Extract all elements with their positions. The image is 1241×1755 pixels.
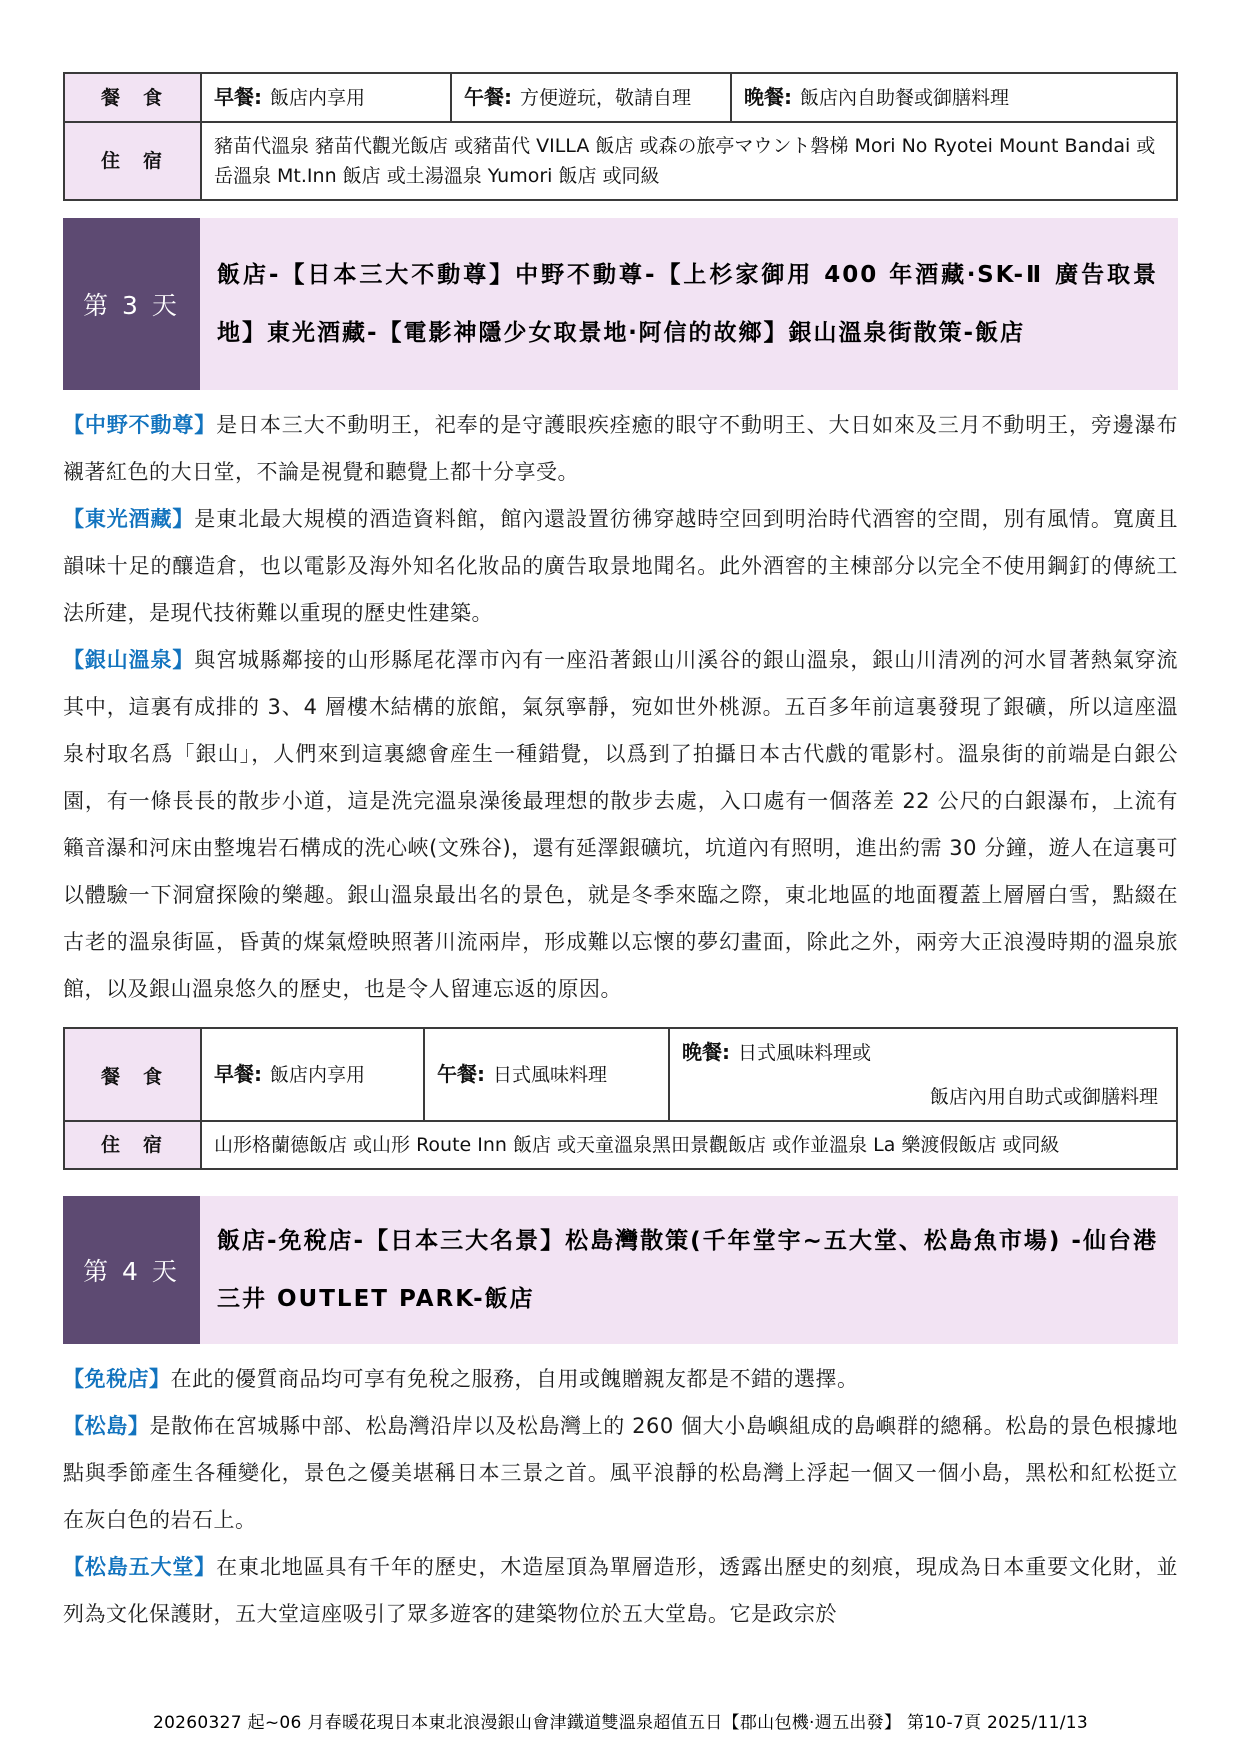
page-footer: 20260327 起~06 月春暖花現日本東北浪漫銀山會津鐵道雙溫泉超值五日【郡… xyxy=(0,1708,1241,1733)
day3-title: 飯店-【日本三大不動尊】中野不動尊-【上杉家御用 400 年酒藏‧SK-Ⅱ 廣告… xyxy=(217,246,1158,362)
day3-descriptions: 【中野不動尊】是日本三大不動明王，祀奉的是守護眼疾痊癒的眼守不動明王、大日如來及… xyxy=(63,402,1178,1013)
paragraph-ginzan-onsen: 【銀山溫泉】與宮城縣鄰接的山形縣尾花澤市內有一座沿著銀山川溪谷的銀山溫泉，銀山川… xyxy=(63,637,1178,1013)
lunch-label: 午餐: xyxy=(464,85,512,109)
dinner-value-line1: 日式風味料理或 xyxy=(738,1042,871,1064)
paragraph-text: 在此的優質商品均可享有免稅之服務，自用或餽贈親友都是不錯的選擇。 xyxy=(171,1367,859,1391)
breakfast-label: 早餐: xyxy=(214,85,262,109)
meals-header-cell: 餐 食 xyxy=(64,73,201,122)
day4-descriptions: 【免稅店】在此的優質商品均可享有免稅之服務，自用或餽贈親友都是不錯的選擇。 【松… xyxy=(63,1356,1178,1638)
table-row: 餐 食 早餐:飯店内享用 午餐:日式風味料理 晚餐:日式風味料理或 飯店內用自助… xyxy=(64,1028,1177,1121)
term-ginzan-onsen: 【銀山溫泉】 xyxy=(63,648,194,672)
day3-meals-lodging-table: 餐 食 早餐:飯店内享用 午餐:日式風味料理 晚餐:日式風味料理或 飯店內用自助… xyxy=(63,1027,1178,1170)
table-row: 餐 食 早餐:飯店内享用 午餐:方便遊玩，敬請自理 晚餐:飯店內自助餐或御膳料理 xyxy=(64,73,1177,122)
term-duty-free-shop: 【免稅店】 xyxy=(63,1367,171,1391)
day4-title-cell: 飯店-免稅店-【日本三大名景】松島灣散策(千年堂宇~五大堂、松島魚市場) -仙台… xyxy=(200,1196,1178,1344)
day2-meals-lodging-table: 餐 食 早餐:飯店内享用 午餐:方便遊玩，敬請自理 晚餐:飯店內自助餐或御膳料理… xyxy=(63,72,1178,201)
breakfast-cell: 早餐:飯店内享用 xyxy=(201,1028,424,1121)
lunch-cell: 午餐:日式風味料理 xyxy=(424,1028,669,1121)
dinner-line1: 晚餐:日式風味料理或 xyxy=(682,1037,1164,1068)
paragraph-duty-free-shop: 【免稅店】在此的優質商品均可享有免稅之服務，自用或餽贈親友都是不錯的選擇。 xyxy=(63,1356,1178,1403)
lodging-value: 豬苗代溫泉 豬苗代觀光飯店 或豬苗代 VILLA 飯店 或森の旅亭マウント磐梯 … xyxy=(201,122,1177,200)
term-matsushima: 【松島】 xyxy=(63,1414,149,1438)
paragraph-text: 是東北最大規模的酒造資料館，館內還設置彷彿穿越時空回到明治時代酒窖的空間，別有風… xyxy=(63,507,1178,625)
meals-header-cell: 餐 食 xyxy=(64,1028,201,1121)
lodging-value: 山形格蘭德飯店 或山形 Route Inn 飯店 或天童溫泉黑田景觀飯店 或作並… xyxy=(201,1121,1177,1169)
term-godaido: 【松島五大堂】 xyxy=(63,1555,216,1579)
paragraph-text: 是散佈在宮城縣中部、松島灣沿岸以及松島灣上的 260 個大小島嶼組成的島嶼群的總… xyxy=(63,1414,1178,1532)
lunch-label: 午餐: xyxy=(437,1062,485,1086)
breakfast-value: 飯店内享用 xyxy=(270,87,365,109)
paragraph-matsushima: 【松島】是散佈在宮城縣中部、松島灣沿岸以及松島灣上的 260 個大小島嶼組成的島… xyxy=(63,1403,1178,1544)
table-row: 住 宿 豬苗代溫泉 豬苗代觀光飯店 或豬苗代 VILLA 飯店 或森の旅亭マウン… xyxy=(64,122,1177,200)
lunch-value: 日式風味料理 xyxy=(493,1064,607,1086)
lunch-value: 方便遊玩，敬請自理 xyxy=(520,87,691,109)
table-row: 住 宿 山形格蘭德飯店 或山形 Route Inn 飯店 或天童溫泉黑田景觀飯店… xyxy=(64,1121,1177,1169)
lodging-header-cell: 住 宿 xyxy=(64,122,201,200)
paragraph-toko-sakagura: 【東光酒藏】是東北最大規模的酒造資料館，館內還設置彷彿穿越時空回到明治時代酒窖的… xyxy=(63,496,1178,637)
paragraph-godaido: 【松島五大堂】在東北地區具有千年的歷史，木造屋頂為單層造形，透露出歷史的刻痕，現… xyxy=(63,1544,1178,1638)
day4-banner: 第 4 天 飯店-免稅店-【日本三大名景】松島灣散策(千年堂宇~五大堂、松島魚市… xyxy=(63,1196,1178,1344)
paragraph-nakano-fudoson: 【中野不動尊】是日本三大不動明王，祀奉的是守護眼疾痊癒的眼守不動明王、大日如來及… xyxy=(63,402,1178,496)
dinner-cell: 晚餐:飯店內自助餐或御膳料理 xyxy=(731,73,1177,122)
day4-title: 飯店-免稅店-【日本三大名景】松島灣散策(千年堂宇~五大堂、松島魚市場) -仙台… xyxy=(217,1212,1158,1328)
dinner-label: 晚餐: xyxy=(682,1040,730,1064)
breakfast-label: 早餐: xyxy=(214,1062,262,1086)
dinner-cell: 晚餐:日式風味料理或 飯店內用自助式或御膳料理 xyxy=(669,1028,1177,1121)
dinner-value-line2: 飯店內用自助式或御膳料理 xyxy=(682,1082,1164,1112)
term-nakano-fudoson: 【中野不動尊】 xyxy=(63,413,216,437)
paragraph-text: 與宮城縣鄰接的山形縣尾花澤市內有一座沿著銀山川溪谷的銀山溫泉，銀山川清冽的河水冒… xyxy=(63,648,1178,1001)
dinner-label: 晚餐: xyxy=(744,85,792,109)
day3-title-cell: 飯店-【日本三大不動尊】中野不動尊-【上杉家御用 400 年酒藏‧SK-Ⅱ 廣告… xyxy=(200,218,1178,390)
day3-banner: 第 3 天 飯店-【日本三大不動尊】中野不動尊-【上杉家御用 400 年酒藏‧S… xyxy=(63,218,1178,390)
paragraph-text: 在東北地區具有千年的歷史，木造屋頂為單層造形，透露出歷史的刻痕，現成為日本重要文… xyxy=(63,1555,1178,1626)
dinner-value: 飯店內自助餐或御膳料理 xyxy=(800,87,1009,109)
breakfast-value: 飯店内享用 xyxy=(270,1064,365,1086)
term-toko-sakagura: 【東光酒藏】 xyxy=(63,507,194,531)
paragraph-text: 是日本三大不動明王，祀奉的是守護眼疾痊癒的眼守不動明王、大日如來及三月不動明王，… xyxy=(63,413,1178,484)
day4-label: 第 4 天 xyxy=(63,1196,200,1344)
breakfast-cell: 早餐:飯店内享用 xyxy=(201,73,451,122)
day3-label: 第 3 天 xyxy=(63,218,200,390)
lunch-cell: 午餐:方便遊玩，敬請自理 xyxy=(451,73,731,122)
itinerary-page: 餐 食 早餐:飯店内享用 午餐:方便遊玩，敬請自理 晚餐:飯店內自助餐或御膳料理… xyxy=(0,0,1241,1755)
lodging-header-cell: 住 宿 xyxy=(64,1121,201,1169)
